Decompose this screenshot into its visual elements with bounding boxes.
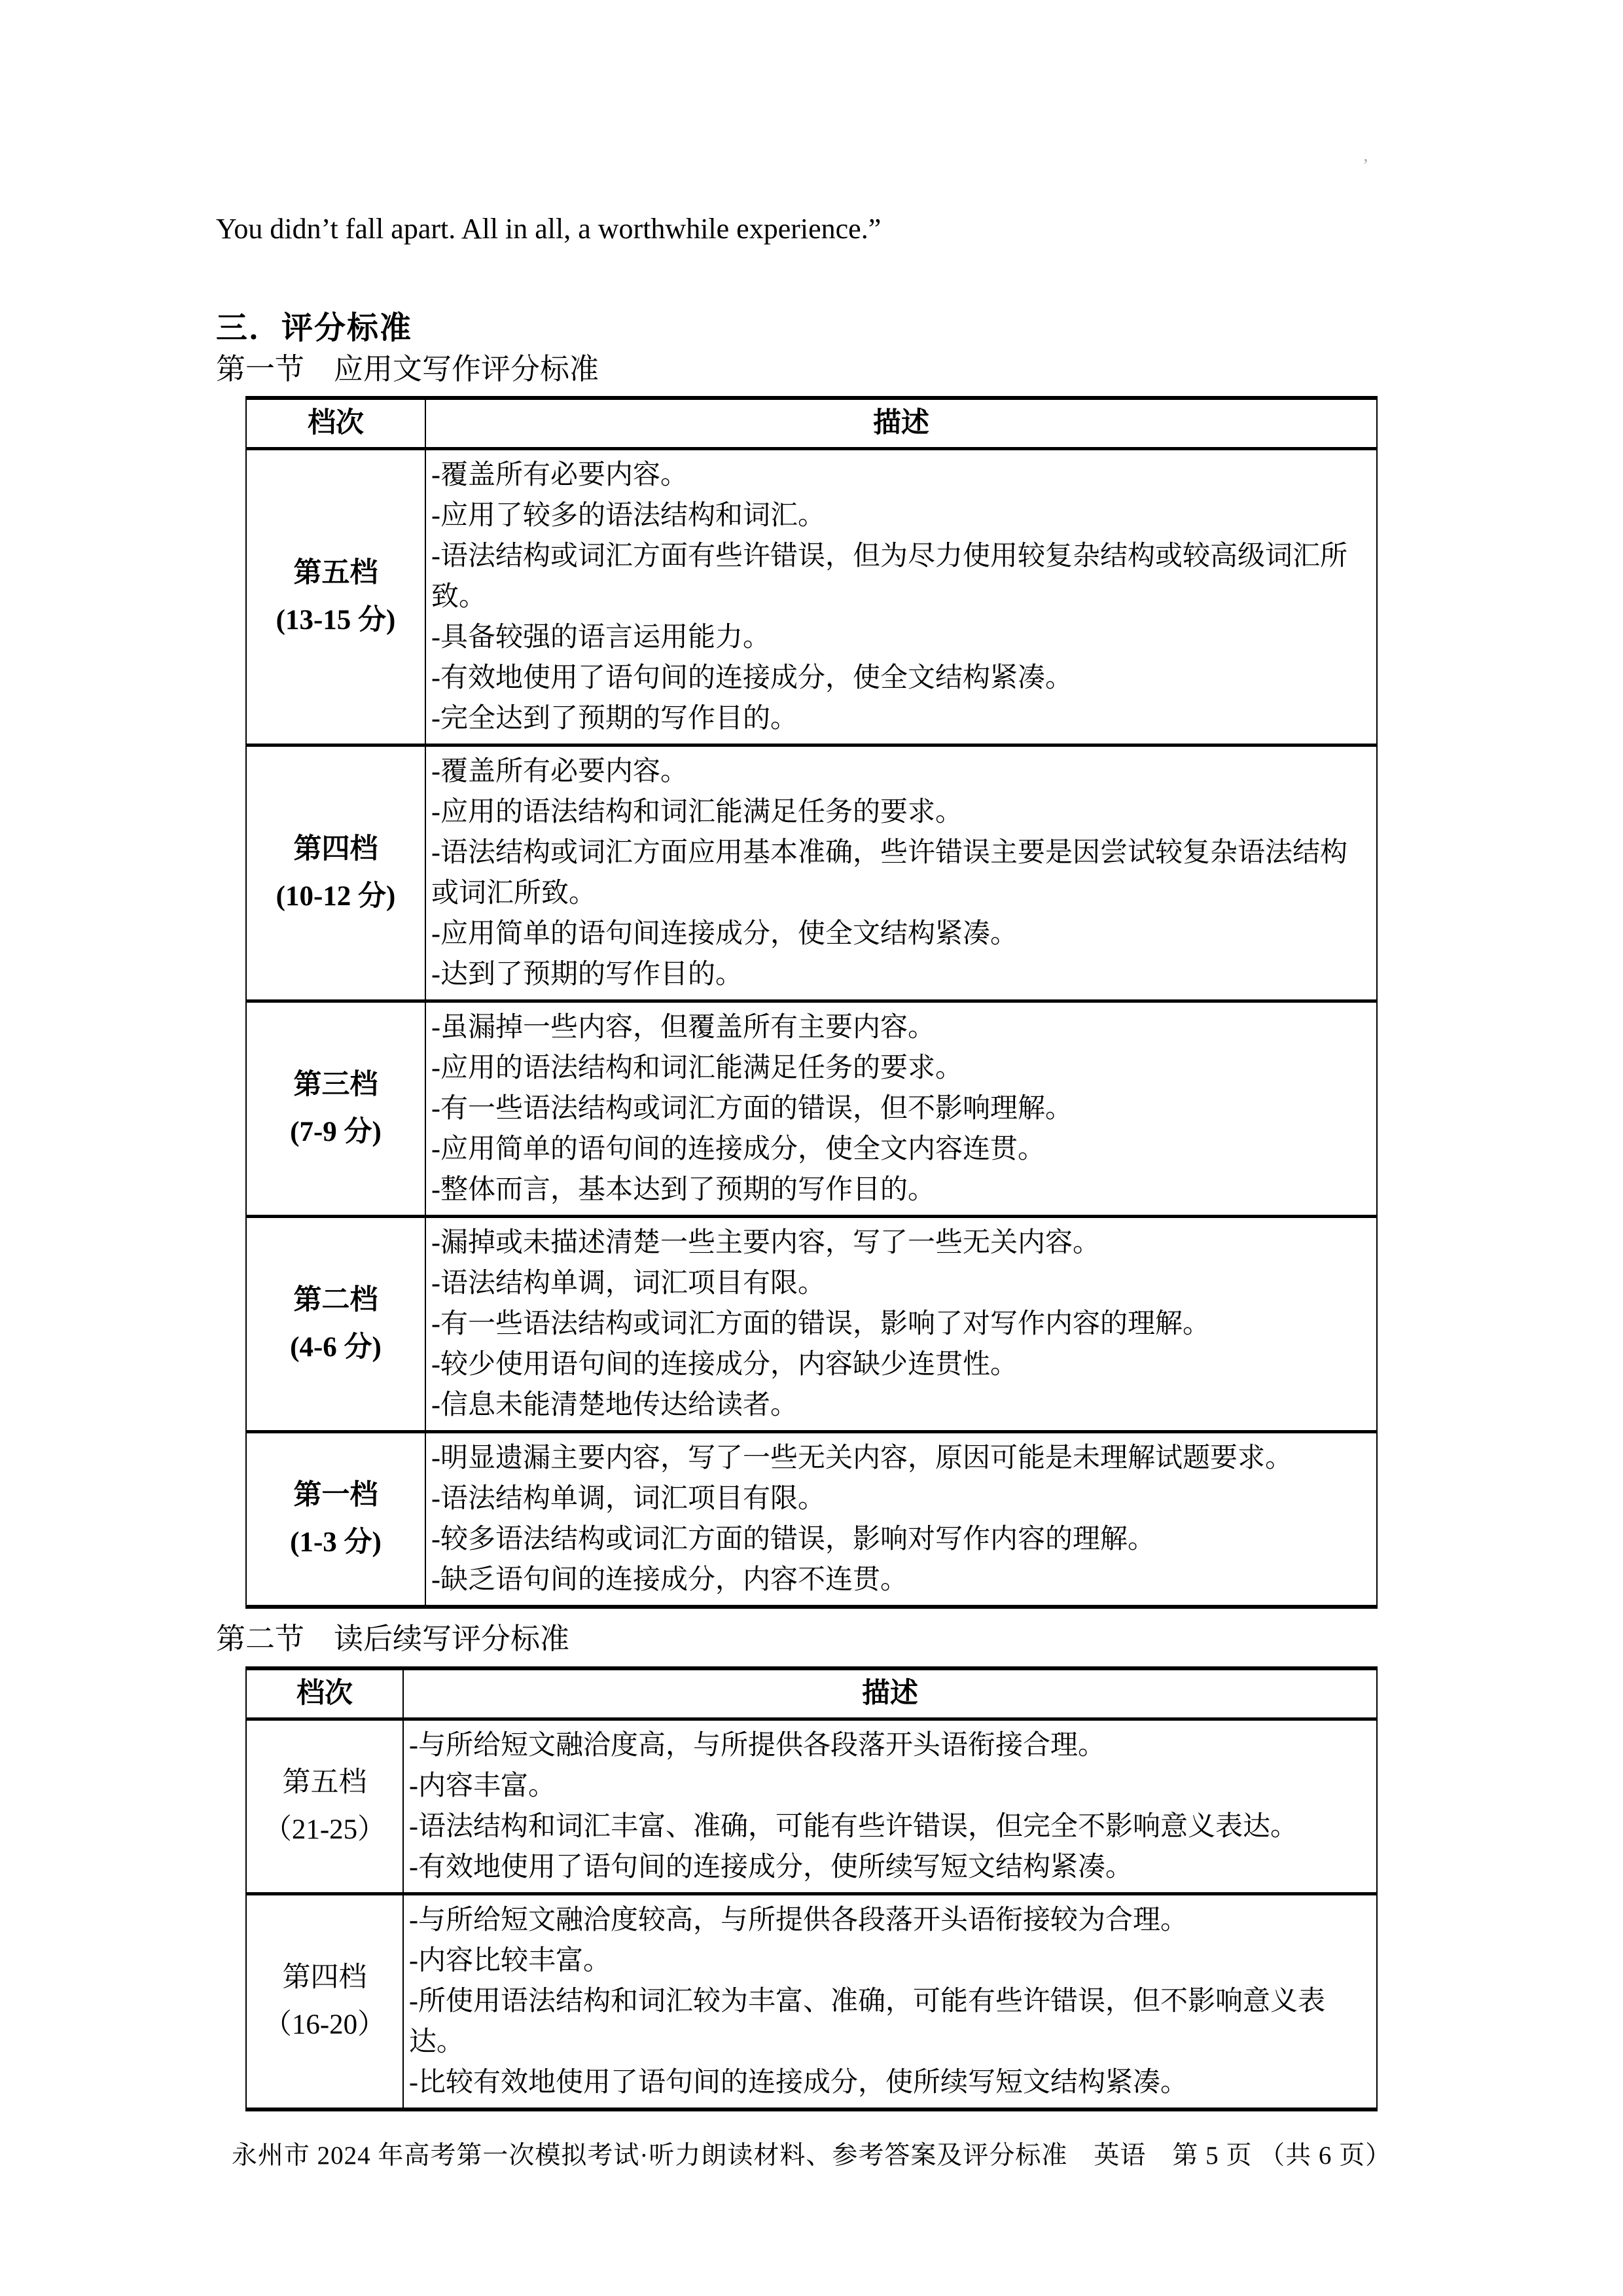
rubric-table-continuation-writing: 档次 描述 第五档 （21-25） -与所给短文融洽度高，与所提供各段落开头语衔… [245, 1666, 1378, 2111]
level-name: 第三档 [294, 1062, 378, 1109]
rubric-bullet: -比较有效地使用了语句间的连接成分，使所续写短文结构紧凑。 [409, 2062, 1357, 2103]
level-score-range: (7-9 分) [290, 1109, 382, 1156]
rubric-bullet: -语法结构单调，词汇项目有限。 [431, 1263, 1370, 1304]
table-row-level4: 第四档 （16-20） -与所给短文融洽度较高，与所提供各段落开头语衔接较为合理… [247, 1892, 1376, 2108]
rubric-bullet: -应用的语法结构和词汇能满足任务的要求。 [431, 792, 1370, 833]
section2-title: 第二节 读后续写评分标准 [216, 1621, 1378, 1657]
column-header-description: 描述 [426, 400, 1376, 447]
description-cell: -虽漏掉一些内容，但覆盖所有主要内容。-应用的语法结构和词汇能满足任务的要求。-… [426, 1003, 1376, 1215]
rubric-bullet: -内容比较丰富。 [409, 1941, 1357, 1981]
table-row-level1: 第一档 (1-3 分) -明显遗漏主要内容，写了一些无关内容，原因可能是未理解试… [247, 1430, 1376, 1605]
description-cell: -明显遗漏主要内容，写了一些无关内容，原因可能是未理解试题要求。-语法结构单调，… [426, 1433, 1376, 1605]
rubric-bullet: -语法结构或词汇方面有些许错误，但为尽力使用较复杂结构或较高级词汇所致。 [431, 536, 1370, 617]
closing-quote-text: You didn’t fall apart. All in all, a wor… [216, 211, 881, 247]
rubric-bullet: -整体而言，基本达到了预期的写作目的。 [431, 1170, 1370, 1210]
rubric-bullet: -语法结构或词汇方面应用基本准确，些许错误主要是因尝试较复杂语法结构或词汇所致。 [431, 833, 1370, 914]
main-column: 档次 描述 第五档 (13-15 分) -覆盖所有必要内容。-应用了较多的语法结… [245, 396, 1378, 2111]
level-cell: 第五档 (13-15 分) [247, 450, 426, 744]
table-header-row: 档次 描述 [247, 1670, 1376, 1717]
table-row-level2: 第二档 (4-6 分) -漏掉或未描述清楚一些主要内容，写了一些无关内容。-语法… [247, 1215, 1376, 1430]
level-name: 第五档 [283, 1759, 367, 1806]
description-cell: -覆盖所有必要内容。-应用了较多的语法结构和词汇。-语法结构或词汇方面有些许错误… [426, 450, 1376, 744]
description-cell: -与所给短文融洽度高，与所提供各段落开头语衔接合理。-内容丰富。-语法结构和词汇… [404, 1721, 1376, 1892]
rubric-bullet: -有一些语法结构或词汇方面的错误，但不影响理解。 [431, 1088, 1370, 1129]
rubric-bullet: -较少使用语句间的连接成分，内容缺少连贯性。 [431, 1344, 1370, 1385]
rubric-bullet: -覆盖所有必要内容。 [431, 455, 1370, 495]
level-name: 第四档 [294, 826, 378, 873]
rubric-bullet: -语法结构和词汇丰富、准确，可能有些许错误，但完全不影响意义表达。 [409, 1806, 1357, 1847]
rubric-bullet: -应用了较多的语法结构和词汇。 [431, 495, 1370, 536]
section-heading-scoring-criteria: 三．评分标准 [216, 302, 412, 348]
rubric-bullet: -完全达到了预期的写作目的。 [431, 698, 1370, 739]
description-cell: -漏掉或未描述清楚一些主要内容，写了一些无关内容。-语法结构单调，词汇项目有限。… [426, 1218, 1376, 1430]
rubric-bullet: -达到了预期的写作目的。 [431, 954, 1370, 995]
level-score-range: (4-6 分) [290, 1324, 382, 1371]
level-score-range: (1-3 分) [290, 1519, 382, 1566]
rubric-bullet: -与所给短文融洽度较高，与所提供各段落开头语衔接较为合理。 [409, 1900, 1357, 1941]
level-name: 第四档 [283, 1954, 367, 2001]
rubric-table-applied-writing: 档次 描述 第五档 (13-15 分) -覆盖所有必要内容。-应用了较多的语法结… [245, 396, 1378, 1609]
level-cell: 第五档 （21-25） [247, 1721, 404, 1892]
rubric-bullet: -虽漏掉一些内容，但覆盖所有主要内容。 [431, 1007, 1370, 1048]
rubric-bullet: -漏掉或未描述清楚一些主要内容，写了一些无关内容。 [431, 1223, 1370, 1263]
column-header-description: 描述 [404, 1670, 1376, 1717]
level-name: 第五档 [294, 550, 378, 597]
level-cell: 第四档 (10-12 分) [247, 747, 426, 999]
section1-title: 第一节 应用文写作评分标准 [216, 351, 599, 387]
level-name: 第二档 [294, 1277, 378, 1324]
rubric-bullet: -有效地使用了语句间的连接成分，使所续写短文结构紧凑。 [409, 1847, 1357, 1888]
column-header-level: 档次 [247, 400, 426, 447]
rubric-bullet: -有效地使用了语句间的连接成分，使全文结构紧凑。 [431, 658, 1370, 698]
level-cell: 第一档 (1-3 分) [247, 1433, 426, 1605]
level-score-range: （21-25） [264, 1806, 385, 1854]
stray-mark: ’ [1363, 156, 1368, 177]
rubric-bullet: -较多语法结构或词汇方面的错误，影响对写作内容的理解。 [431, 1519, 1370, 1560]
description-cell: -覆盖所有必要内容。-应用的语法结构和词汇能满足任务的要求。-语法结构或词汇方面… [426, 747, 1376, 999]
rubric-bullet: -与所给短文融洽度高，与所提供各段落开头语衔接合理。 [409, 1725, 1357, 1766]
table-row-level3: 第三档 (7-9 分) -虽漏掉一些内容，但覆盖所有主要内容。-应用的语法结构和… [247, 999, 1376, 1215]
page-footer: 永州市 2024 年高考第一次模拟考试·听力朗读材料、参考答案及评分标准 英语 … [0, 2135, 1623, 2172]
level-score-range: (10-12 分) [276, 873, 396, 920]
table-row-level5: 第五档 (13-15 分) -覆盖所有必要内容。-应用了较多的语法结构和词汇。-… [247, 447, 1376, 744]
rubric-bullet: -应用的语法结构和词汇能满足任务的要求。 [431, 1048, 1370, 1088]
rubric-bullet: -语法结构单调，词汇项目有限。 [431, 1479, 1370, 1519]
rubric-bullet: -所使用语法结构和词汇较为丰富、准确，可能有些许错误，但不影响意义表达。 [409, 1981, 1357, 2062]
rubric-bullet: -覆盖所有必要内容。 [431, 751, 1370, 792]
table-row-level4: 第四档 (10-12 分) -覆盖所有必要内容。-应用的语法结构和词汇能满足任务… [247, 744, 1376, 999]
rubric-bullet: -信息未能清楚地传达给读者。 [431, 1385, 1370, 1426]
level-name: 第一档 [294, 1472, 378, 1519]
level-score-range: (13-15 分) [276, 597, 396, 644]
table-header-row: 档次 描述 [247, 400, 1376, 447]
description-cell: -与所给短文融洽度较高，与所提供各段落开头语衔接较为合理。-内容比较丰富。-所使… [404, 1895, 1376, 2108]
rubric-bullet: -内容丰富。 [409, 1766, 1357, 1806]
rubric-bullet: -缺乏语句间的连接成分，内容不连贯。 [431, 1560, 1370, 1600]
page: { "quote": "You didn’t fall apart. All i… [0, 0, 1623, 2296]
level-score-range: （16-20） [264, 2001, 385, 2049]
level-cell: 第二档 (4-6 分) [247, 1218, 426, 1430]
rubric-bullet: -应用简单的语句间的连接成分，使全文内容连贯。 [431, 1129, 1370, 1170]
level-cell: 第四档 （16-20） [247, 1895, 404, 2108]
table-row-level5: 第五档 （21-25） -与所给短文融洽度高，与所提供各段落开头语衔接合理。-内… [247, 1717, 1376, 1892]
rubric-bullet: -具备较强的语言运用能力。 [431, 617, 1370, 658]
rubric-bullet: -应用简单的语句间连接成分，使全文结构紧凑。 [431, 914, 1370, 954]
column-header-level: 档次 [247, 1670, 404, 1717]
rubric-bullet: -明显遗漏主要内容，写了一些无关内容，原因可能是未理解试题要求。 [431, 1438, 1370, 1479]
rubric-bullet: -有一些语法结构或词汇方面的错误，影响了对写作内容的理解。 [431, 1304, 1370, 1344]
level-cell: 第三档 (7-9 分) [247, 1003, 426, 1215]
